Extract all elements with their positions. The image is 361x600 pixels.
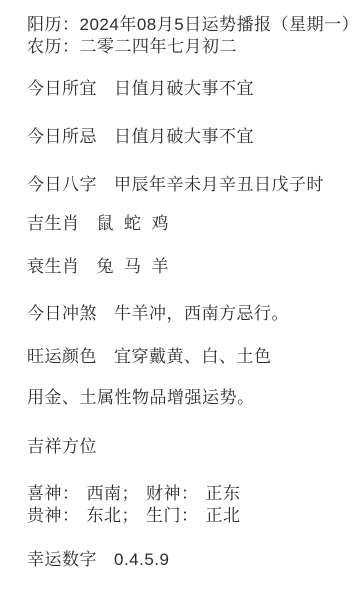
row-value: 日值月破大事不宜 [114, 127, 254, 146]
solar-date-line: 阳历：2024年08月5日运势播报（星期一） [27, 14, 347, 36]
lunar-date-label: 农历： [27, 37, 80, 56]
date-header: 阳历：2024年08月5日运势播报（星期一） 农历：二零二四年七月初二 [27, 14, 347, 57]
row-value: 宜穿戴黄、白、土色 [114, 347, 272, 366]
direction-value: 东北； [87, 506, 140, 525]
row-unlucky-zodiac: 衰生肖兔马羊 [27, 256, 347, 278]
direction-label: 贵神： [27, 506, 80, 525]
zodiac-animal: 羊 [152, 257, 170, 276]
lunar-date-value: 二零二四年七月初二 [80, 37, 238, 56]
row-label: 今日八字 [27, 175, 97, 194]
directions-line-2: 贵神：东北；生门：正北 [27, 505, 347, 527]
directions-block: 喜神：西南；财神：正东 贵神：东北；生门：正北 [27, 483, 347, 526]
direction-value: 正北 [206, 506, 241, 525]
row-label: 吉生肖 [27, 214, 80, 233]
zodiac-animal: 鼠 [97, 214, 115, 233]
boost-tip-line: 用金、土属性物品增强运势。 [27, 387, 347, 409]
direction-label: 喜神： [27, 484, 80, 503]
direction-value: 西南； [87, 484, 140, 503]
row-bazi: 今日八字甲辰年辛未月辛丑日戊子时 [27, 174, 347, 196]
direction-label: 财神： [146, 484, 199, 503]
fortune-page: 阳历：2024年08月5日运势播报（星期一） 农历：二零二四年七月初二 今日所宜… [0, 0, 361, 600]
zodiac-animal: 马 [124, 257, 142, 276]
solar-date-label: 阳历： [27, 15, 80, 34]
zodiac-animal: 蛇 [124, 214, 142, 233]
row-avoid: 今日所忌日值月破大事不宜 [27, 126, 347, 148]
row-value: 日值月破大事不宜 [114, 79, 254, 98]
row-value: 甲辰年辛未月辛丑日戊子时 [114, 175, 324, 194]
row-lucky-colors: 旺运颜色宜穿戴黄、白、土色 [27, 346, 347, 368]
zodiac-animal: 鸡 [152, 214, 170, 233]
row-value: 牛羊冲，西南方忌行。 [114, 304, 289, 323]
direction-value: 正东 [206, 484, 241, 503]
row-suitable: 今日所宜日值月破大事不宜 [27, 78, 347, 100]
solar-date-value: 2024年08月5日运势播报（星期一） [80, 15, 360, 34]
row-label: 旺运颜色 [27, 347, 97, 366]
row-label: 幸运数字 [27, 550, 97, 569]
directions-line-1: 喜神：西南；财神：正东 [27, 483, 347, 505]
row-label: 今日冲煞 [27, 304, 97, 323]
directions-title: 吉祥方位 [27, 436, 347, 458]
row-clash: 今日冲煞牛羊冲，西南方忌行。 [27, 303, 347, 325]
direction-label: 生门： [146, 506, 199, 525]
lunar-date-line: 农历：二零二四年七月初二 [27, 36, 347, 58]
row-lucky-zodiac: 吉生肖鼠蛇鸡 [27, 213, 347, 235]
zodiac-animal: 兔 [97, 257, 115, 276]
row-lucky-numbers: 幸运数字0.4.5.9 [27, 549, 347, 571]
row-label: 衰生肖 [27, 257, 80, 276]
row-label: 今日所宜 [27, 79, 97, 98]
row-label: 今日所忌 [27, 127, 97, 146]
row-value: 0.4.5.9 [114, 550, 170, 569]
